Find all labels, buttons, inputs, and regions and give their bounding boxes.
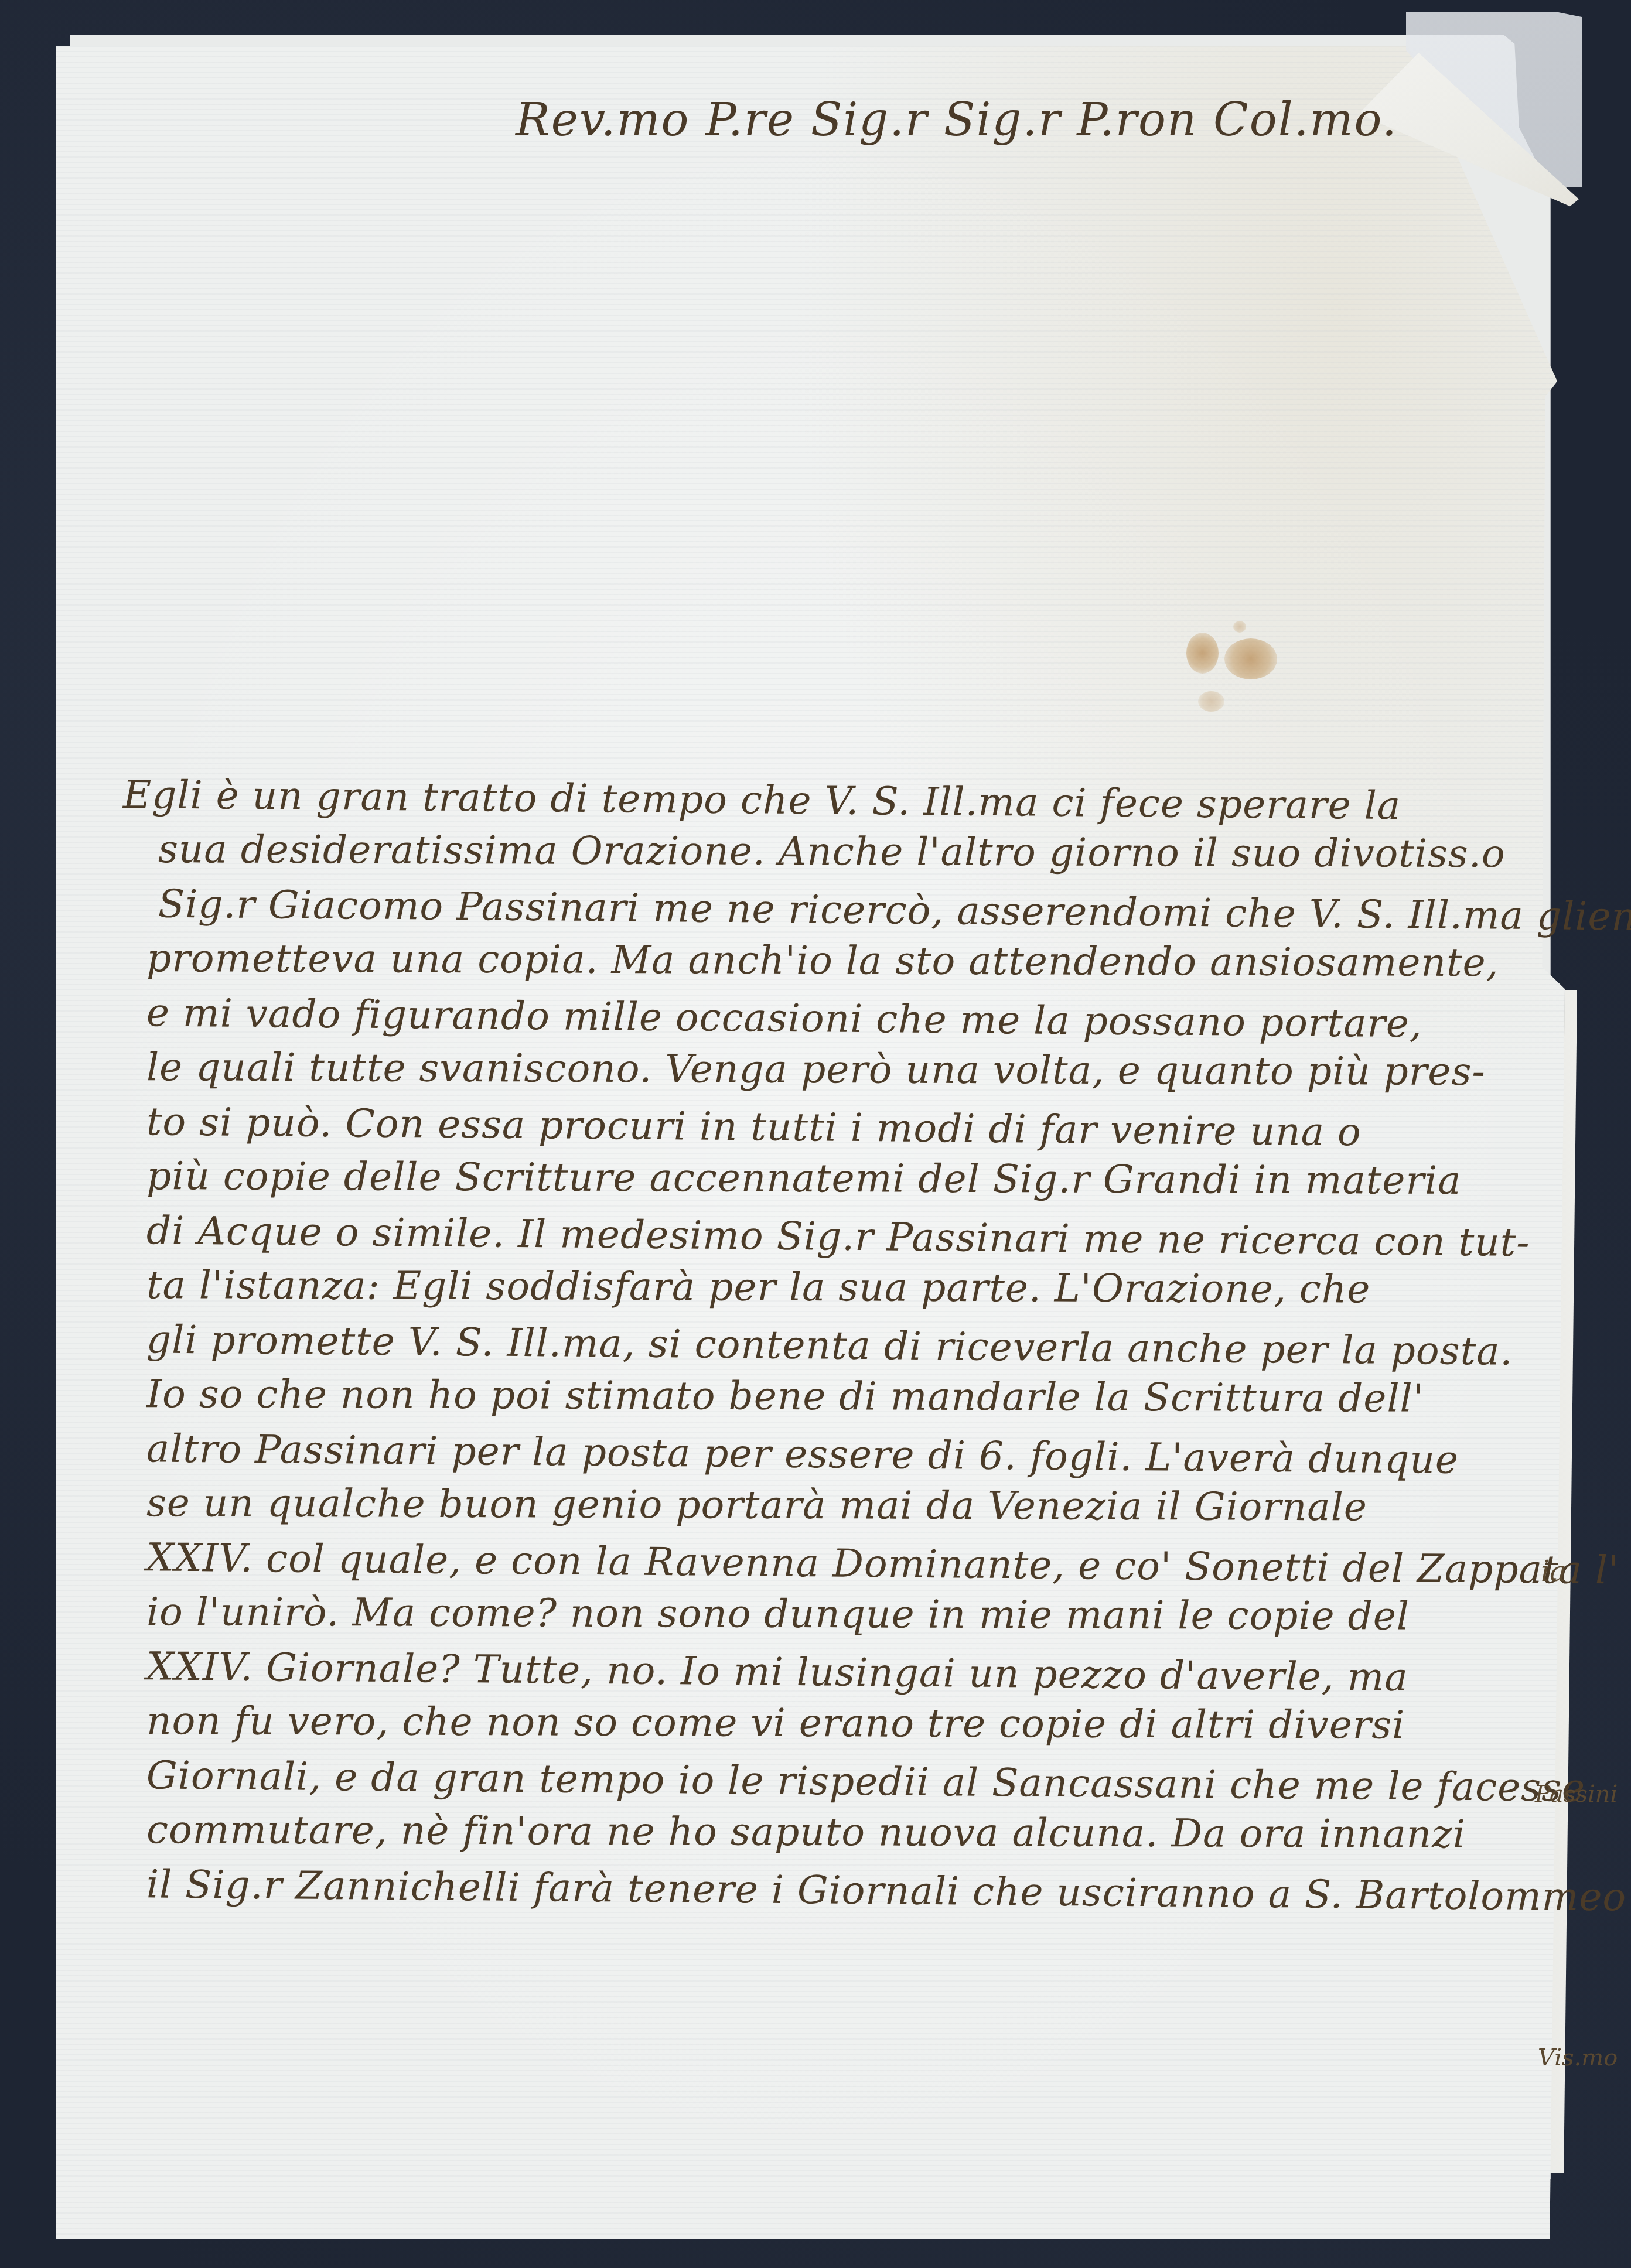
salutation-heading: Rev.mo P.re Sig.r Sig.r P.ron Col.mo. [516, 94, 1398, 146]
letter-line: se un qualche buon genio portarà mai da … [123, 1475, 1576, 1535]
letter-line: commutare, nè fin'ora ne ho saputo nuova… [123, 1802, 1576, 1862]
ink-stain [1186, 633, 1219, 674]
ink-stain [1224, 638, 1277, 679]
letter-body: Egli è un gran tratto di tempo che V. S.… [123, 767, 1576, 1911]
letter-line: sua desideratissima Orazione. Anche l'al… [123, 822, 1576, 882]
margin-note: Vis.mo [1538, 2044, 1618, 2071]
letter-line: non fu vero, che non so come vi erano tr… [123, 1693, 1576, 1753]
ink-stain [1198, 691, 1224, 712]
margin-note: Passini [1535, 1781, 1618, 1808]
letter-line: prometteva una copia. Ma anch'io la sto … [123, 931, 1576, 990]
margin-note: ia [1541, 1555, 1567, 1588]
letter-line: più copie delle Scritture accennatemi de… [123, 1149, 1576, 1208]
letter-line: le quali tutte svaniscono. Venga però un… [123, 1040, 1576, 1099]
letter-line: Io so che non ho poi stimato bene di man… [123, 1367, 1576, 1426]
ink-stain [1233, 621, 1246, 633]
letter-line: io l'unirò. Ma come? non sono dunque in … [123, 1584, 1576, 1644]
letter-line: ta l'istanza: Egli soddisfarà per la sua… [123, 1258, 1576, 1317]
